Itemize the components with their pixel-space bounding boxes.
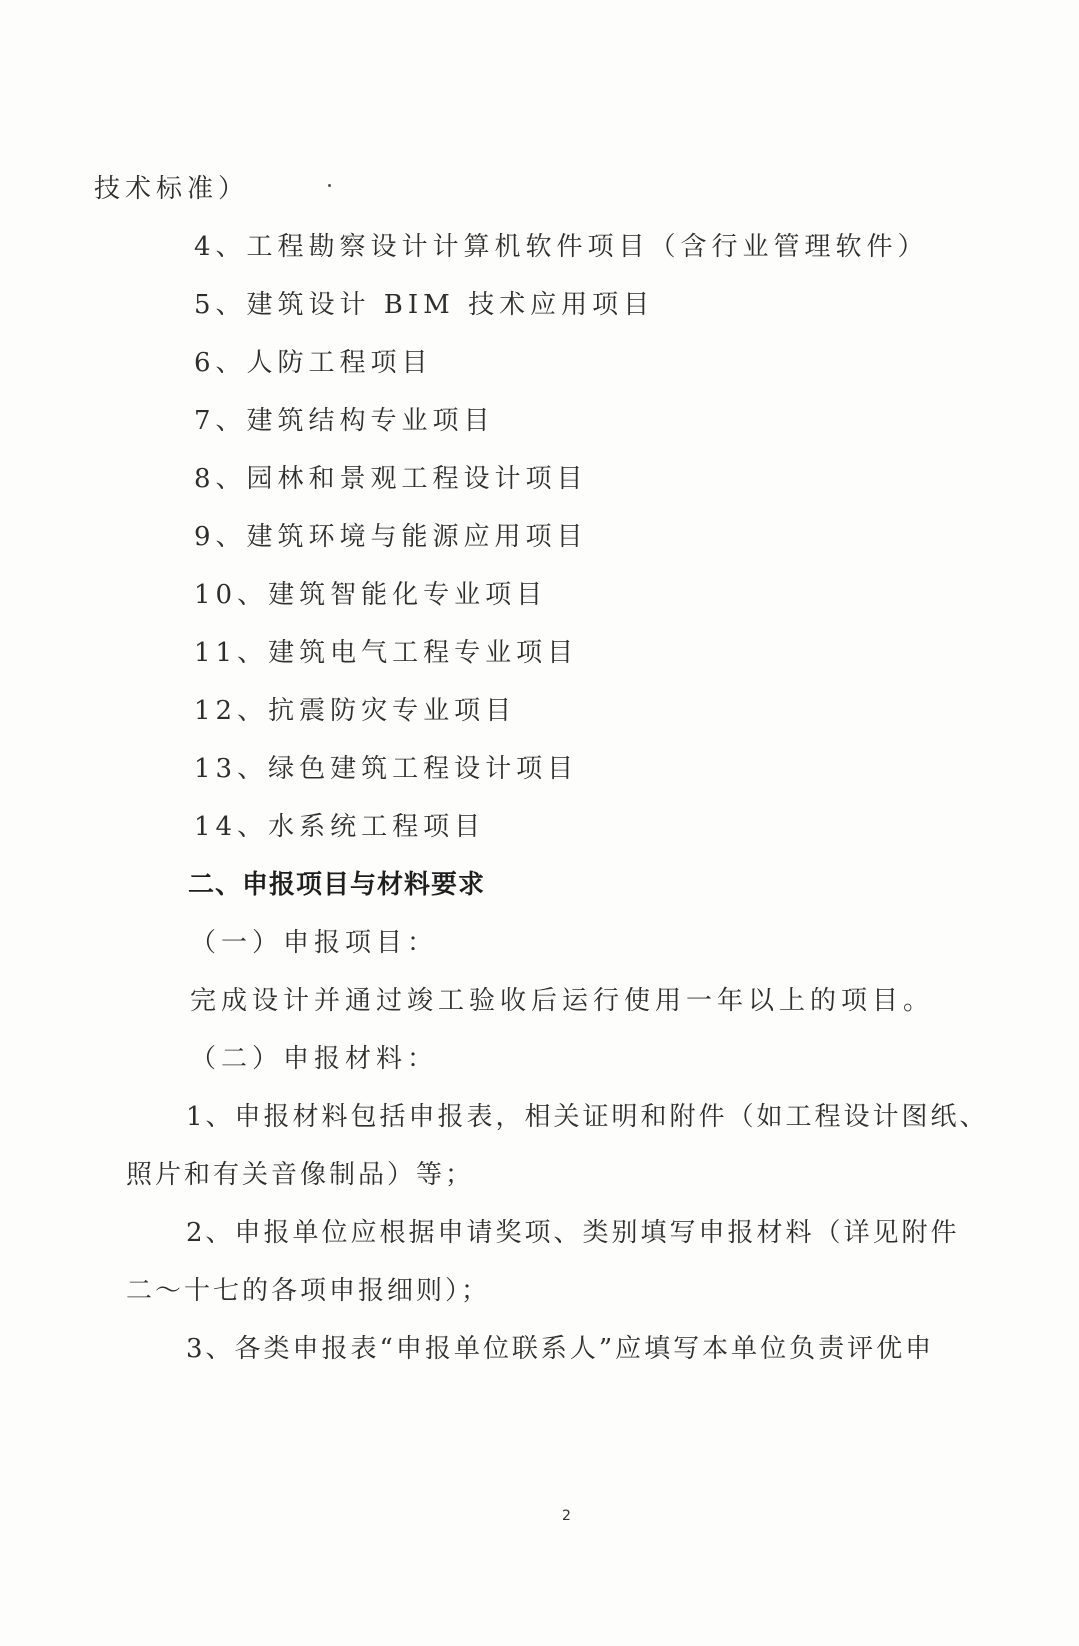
list-item-9: 9、建筑环境与能源应用项目 [194,520,588,554]
page-number: 2 [562,1508,571,1524]
list-item-7: 7、建筑结构专业项目 [194,404,495,438]
list-item-6: 6、人防工程项目 [194,346,433,380]
document-page: 技术标准） 4、工程勘察设计计算机软件项目（含行业管理软件） 5、建筑设计 BI… [0,0,1079,1646]
list-item-5: 5、建筑设计 BIM 技术应用项目 [194,288,654,322]
list-item-8: 8、园林和景观工程设计项目 [194,462,588,496]
material-item-1-line1: 1、申报材料包括申报表，相关证明和附件（如工程设计图纸、 [186,1100,989,1134]
material-item-2-line2: 二～十七的各项申报细则）； [126,1274,490,1308]
list-item-12: 12、抗震防灾专业项目 [194,694,516,728]
list-item-14: 14、水系统工程项目 [194,810,485,844]
material-item-3-line1: 3、各类申报表“申报单位联系人”应填写本单位负责评优申 [186,1332,934,1366]
list-item-10: 10、建筑智能化专业项目 [194,578,547,612]
material-item-1-line2: 照片和有关音像制品）等； [126,1158,474,1192]
subsection-title-1: （一）申报项目： [190,926,438,960]
section-heading: 二、申报项目与材料要求 [188,868,485,902]
scan-speck [328,184,331,187]
list-item-13: 13、绿色建筑工程设计项目 [194,752,578,786]
subsection-title-2: （二）申报材料： [190,1042,438,1076]
material-item-2-line1: 2、申报单位应根据申请奖项、类别填写申报材料（详见附件 [186,1216,960,1250]
subsection-body-1: 完成设计并通过竣工验收后运行使用一年以上的项目。 [190,984,934,1018]
list-item-4: 4、工程勘察设计计算机软件项目（含行业管理软件） [194,230,929,264]
list-item-11: 11、建筑电气工程专业项目 [194,636,578,670]
continuation-line: 技术标准） [94,172,249,206]
